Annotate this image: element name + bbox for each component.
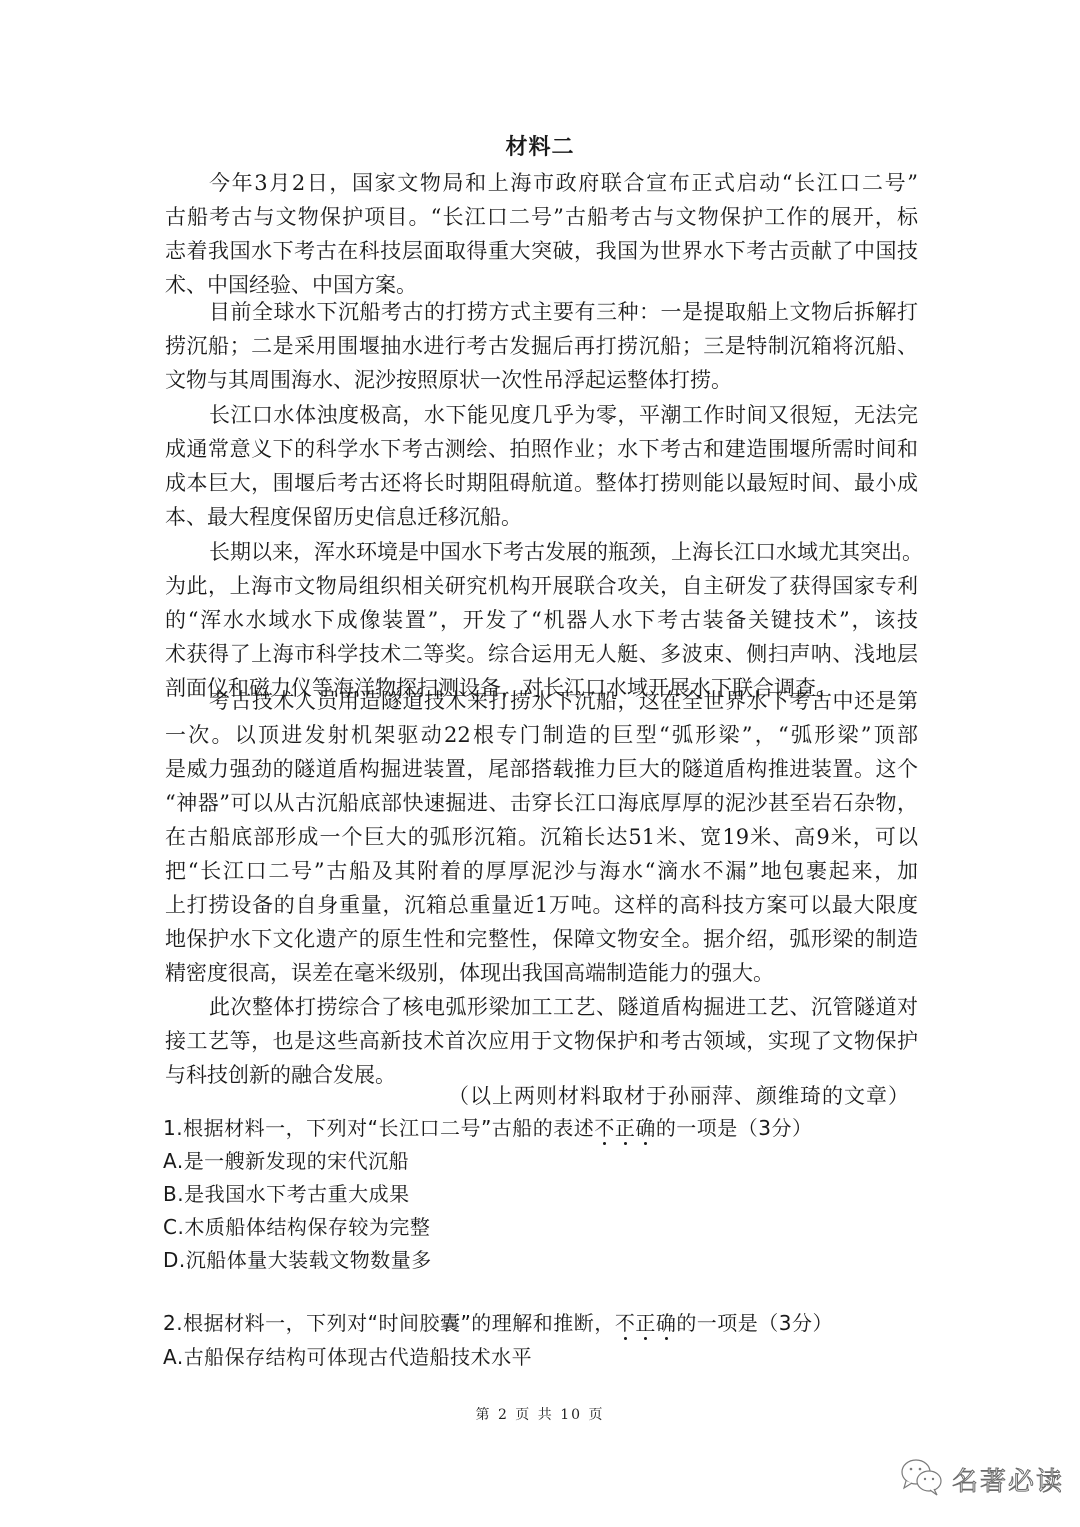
paragraph-1-line-3: 志着我国水下考古在科技层面取得重大突破，我国为世界水下考古贡献了中国技 — [165, 237, 918, 265]
paragraph-5-line-9: 精密度很高，误差在毫米级别，体现出我国高端制造能力的强大。 — [165, 959, 918, 987]
paragraph-2-line-1: 目前全球水下沉船考古的打捞方式主要有三种：一是提取船上文物后拆解打 — [209, 298, 918, 326]
emphasis-char: 正 — [615, 1116, 636, 1140]
question-1-option-c: C.木质船体结构保存较为完整 — [163, 1213, 430, 1241]
source-note: （以上两则材料取材于孙丽萍、颜维琦的文章） — [380, 1082, 910, 1110]
paragraph-5-line-1: 考古技术人员用造隧道技术来打捞水下沉船，这在全世界水下考古中还是第 — [209, 687, 918, 715]
paragraph-4-line-2: 为此，上海市文物局组织相关研究机构开展联合攻关，自主研发了获得国家专利 — [165, 572, 918, 600]
paragraph-5-line-7: 上打捞设备的自身重量，沉箱总重量近1万吨。这样的高科技方案可以最大限度 — [165, 891, 918, 919]
paragraph-4-line-1: 长期以来，浑水环境是中国水下考古发展的瓶颈，上海长江口水域尤其突出。 — [209, 538, 918, 566]
question-1-stem-after: 的一项是（3分） — [656, 1116, 813, 1140]
emphasis-char: 确 — [635, 1116, 656, 1140]
emphasis-char: 正 — [635, 1311, 656, 1335]
paragraph-5-line-2: 一次。以顶进发射机架驱动22根专门制造的巨型“弧形梁”，“弧形梁”顶部 — [165, 721, 918, 749]
paragraph-1-line-2: 古船考古与文物保护项目。“长江口二号”古船考古与文物保护工作的展开，标 — [165, 203, 918, 231]
emphasis-char: 不 — [594, 1116, 615, 1140]
paragraph-5-line-5: 在古船底部形成一个巨大的弧形沉箱。沉箱长达51米、宽19米、高9米，可以 — [165, 823, 918, 851]
paragraph-2-line-3: 文物与其周围海水、泥沙按照原状一次性吊浮起运整体打捞。 — [165, 366, 918, 394]
paragraph-5-line-4: “神器”可以从古沉船底部快速掘进、击穿长江口海底厚厚的泥沙甚至岩石杂物， — [165, 789, 918, 817]
page-indicator: 第 2 页 共 10 页 — [0, 1405, 1080, 1425]
wechat-icon — [900, 1457, 944, 1501]
paragraph-3-line-2: 成通常意义下的科学水下考古测绘、拍照作业；水下考古和建造围堰所需时间和 — [165, 435, 918, 463]
paragraph-3-line-3: 成本巨大，围堰后考古还将长时期阻碍航道。整体打捞则能以最短时间、最小成 — [165, 469, 918, 497]
exam-page: 材料二 今年3月2日，国家文物局和上海市政府联合宣布正式启动“长江口二号” 古船… — [0, 0, 1080, 1527]
question-2-option-a: A.古船保存结构可体现古代造船技术水平 — [163, 1343, 532, 1371]
paragraph-5-line-3: 是威力强劲的隧道盾构掘进装置，尾部搭载推力巨大的隧道盾构推进装置。这个 — [165, 755, 918, 783]
paragraph-1-line-1: 今年3月2日，国家文物局和上海市政府联合宣布正式启动“长江口二号” — [209, 169, 918, 197]
emphasis-char: 不 — [615, 1311, 636, 1335]
paragraph-4-line-3: 的“浑水水域水下成像装置”，开发了“机器人水下考古装备关键技术”，该技 — [165, 606, 918, 634]
question-1-option-b: B.是我国水下考古重大成果 — [163, 1180, 410, 1208]
emphasis-char: 确 — [656, 1311, 677, 1335]
paragraph-5-line-8: 地保护水下文化遗产的原生性和完整性，保障文物安全。据介绍，弧形梁的制造 — [165, 925, 918, 953]
paragraph-1-line-4: 术、中国经验、中国方案。 — [165, 271, 918, 299]
paragraph-3-line-1: 长江口水体浊度极高，水下能见度几乎为零，平潮工作时间又很短，无法完 — [209, 401, 918, 429]
paragraph-4-line-4: 术获得了上海市科学技术二等奖。综合运用无人艇、多波束、侧扫声呐、浅地层 — [165, 640, 918, 668]
question-1-option-d: D.沉船体量大装载文物数量多 — [163, 1246, 432, 1274]
watermark: 名著必读 — [900, 1457, 1064, 1501]
paragraph-5-line-6: 把“长江口二号”古船及其附着的厚厚泥沙与海水“滴水不漏”地包裹起来，加 — [165, 857, 918, 885]
question-1-stem: 1.根据材料一，下列对“长江口二号”古船的表述不正确的一项是（3分） — [163, 1114, 813, 1142]
paragraph-6-line-2: 接工艺等，也是这些高新技术首次应用于文物保护和考古领域，实现了文物保护 — [165, 1027, 918, 1055]
question-1-option-a: A.是一艘新发现的宋代沉船 — [163, 1147, 409, 1175]
paragraph-2-line-2: 捞沉船；二是采用围堰抽水进行考古发掘后再打捞沉船；三是特制沉箱将沉船、 — [165, 332, 918, 360]
paragraph-6-line-1: 此次整体打捞综合了核电弧形梁加工工艺、隧道盾构掘进工艺、沉管隧道对 — [209, 993, 918, 1021]
question-1-stem-before: 1.根据材料一，下列对“长江口二号”古船的表述 — [163, 1116, 594, 1140]
question-2-stem-before: 2.根据材料一，下列对“时间胶囊”的理解和推断， — [163, 1311, 615, 1335]
paragraph-3-line-4: 本、最大程度保留历史信息迁移沉船。 — [165, 503, 918, 531]
question-2-stem: 2.根据材料一，下列对“时间胶囊”的理解和推断，不正确的一项是（3分） — [163, 1309, 833, 1337]
question-2-stem-after: 的一项是（3分） — [676, 1311, 833, 1335]
watermark-text: 名著必读 — [952, 1461, 1064, 1498]
material-title: 材料二 — [0, 134, 1080, 162]
